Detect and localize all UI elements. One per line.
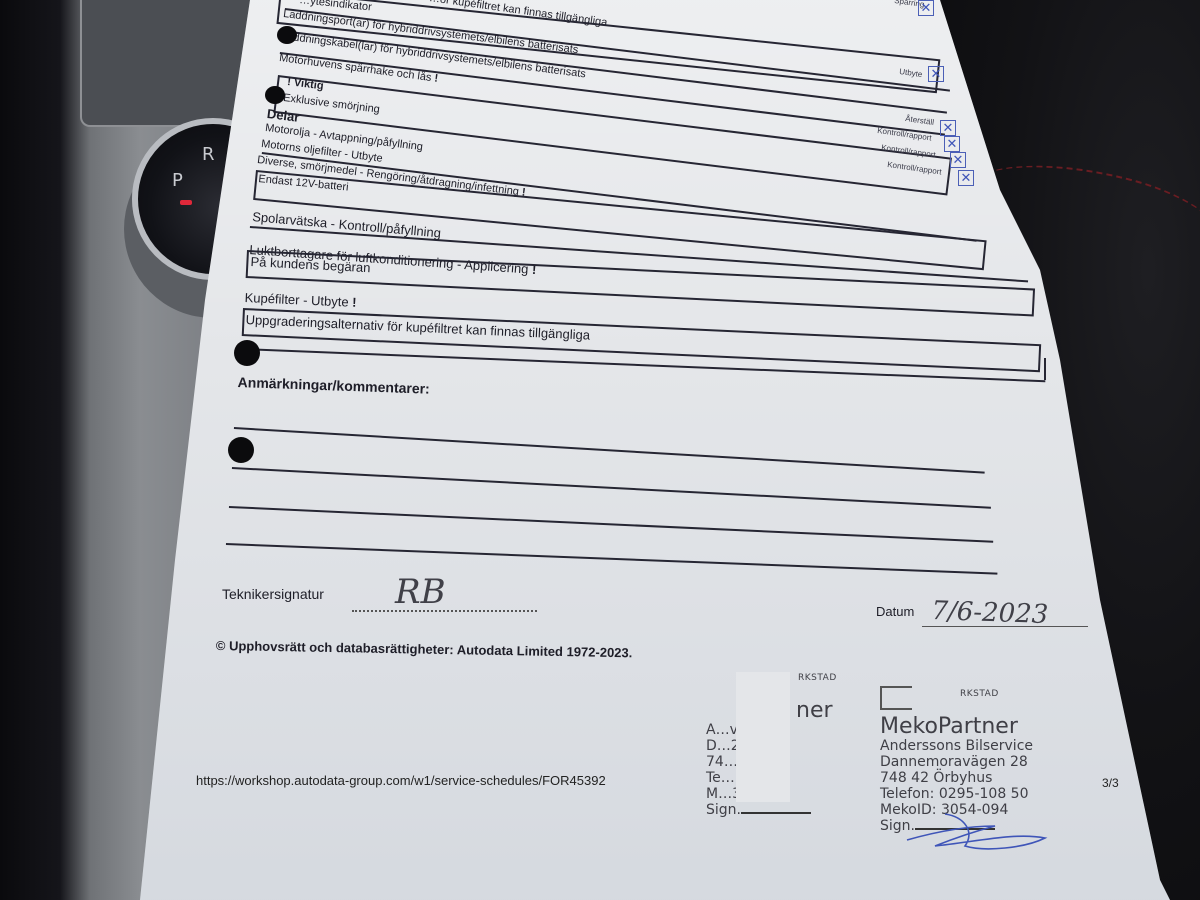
checkbox-top[interactable]: ✕ xyxy=(918,0,934,16)
source-url[interactable]: https://workshop.autodata-group.com/w1/s… xyxy=(196,773,606,788)
stamp-logo-icon xyxy=(880,686,912,710)
checkbox-engine-oil[interactable]: ✕ xyxy=(940,120,956,136)
technician-signature-label: Teknikersignatur xyxy=(222,586,324,602)
technician-signature: RB xyxy=(395,572,446,612)
checkbox-misc[interactable]: ✕ xyxy=(950,152,966,168)
stamp-sign-label: Sign. xyxy=(706,802,741,818)
date-label: Datum xyxy=(876,604,914,619)
console-panel xyxy=(80,0,254,127)
stamp-header: RKSTAD xyxy=(960,686,1033,702)
punch-hole xyxy=(277,26,297,44)
warning-icon: ! xyxy=(352,295,357,310)
stamp-workshop-name: Anderssons Bilservice xyxy=(880,738,1033,754)
warning-icon: ! xyxy=(287,76,292,88)
stamp-phone: Telefon: 0295-108 50 xyxy=(880,786,1033,802)
gear-letter-r: R xyxy=(202,144,215,165)
stamp-redaction xyxy=(736,672,790,802)
checkbox-extra[interactable]: ✕ xyxy=(958,170,974,186)
punch-hole xyxy=(228,437,254,463)
stamp-brand: ner xyxy=(796,700,837,722)
page-indicator: 3/3 xyxy=(1102,776,1119,790)
workshop-signature xyxy=(905,812,1055,852)
checkbox-charging-cable[interactable]: ✕ xyxy=(928,66,944,82)
date-value: 7/6-2023 xyxy=(931,596,1049,630)
checkbox-oil-filter[interactable]: ✕ xyxy=(944,136,960,152)
stamp-postal: 748 42 Örbyhus xyxy=(880,770,1033,786)
punch-hole xyxy=(265,86,285,104)
stamp-header: RKSTAD xyxy=(798,670,837,686)
gear-indicator-light xyxy=(180,200,192,205)
punch-hole xyxy=(234,340,260,366)
stamp-brand: MekoPartner xyxy=(880,716,1033,738)
box-edge xyxy=(1044,358,1046,380)
gear-letter-p: P xyxy=(172,170,183,191)
stamp-address: Dannemoravägen 28 xyxy=(880,754,1033,770)
